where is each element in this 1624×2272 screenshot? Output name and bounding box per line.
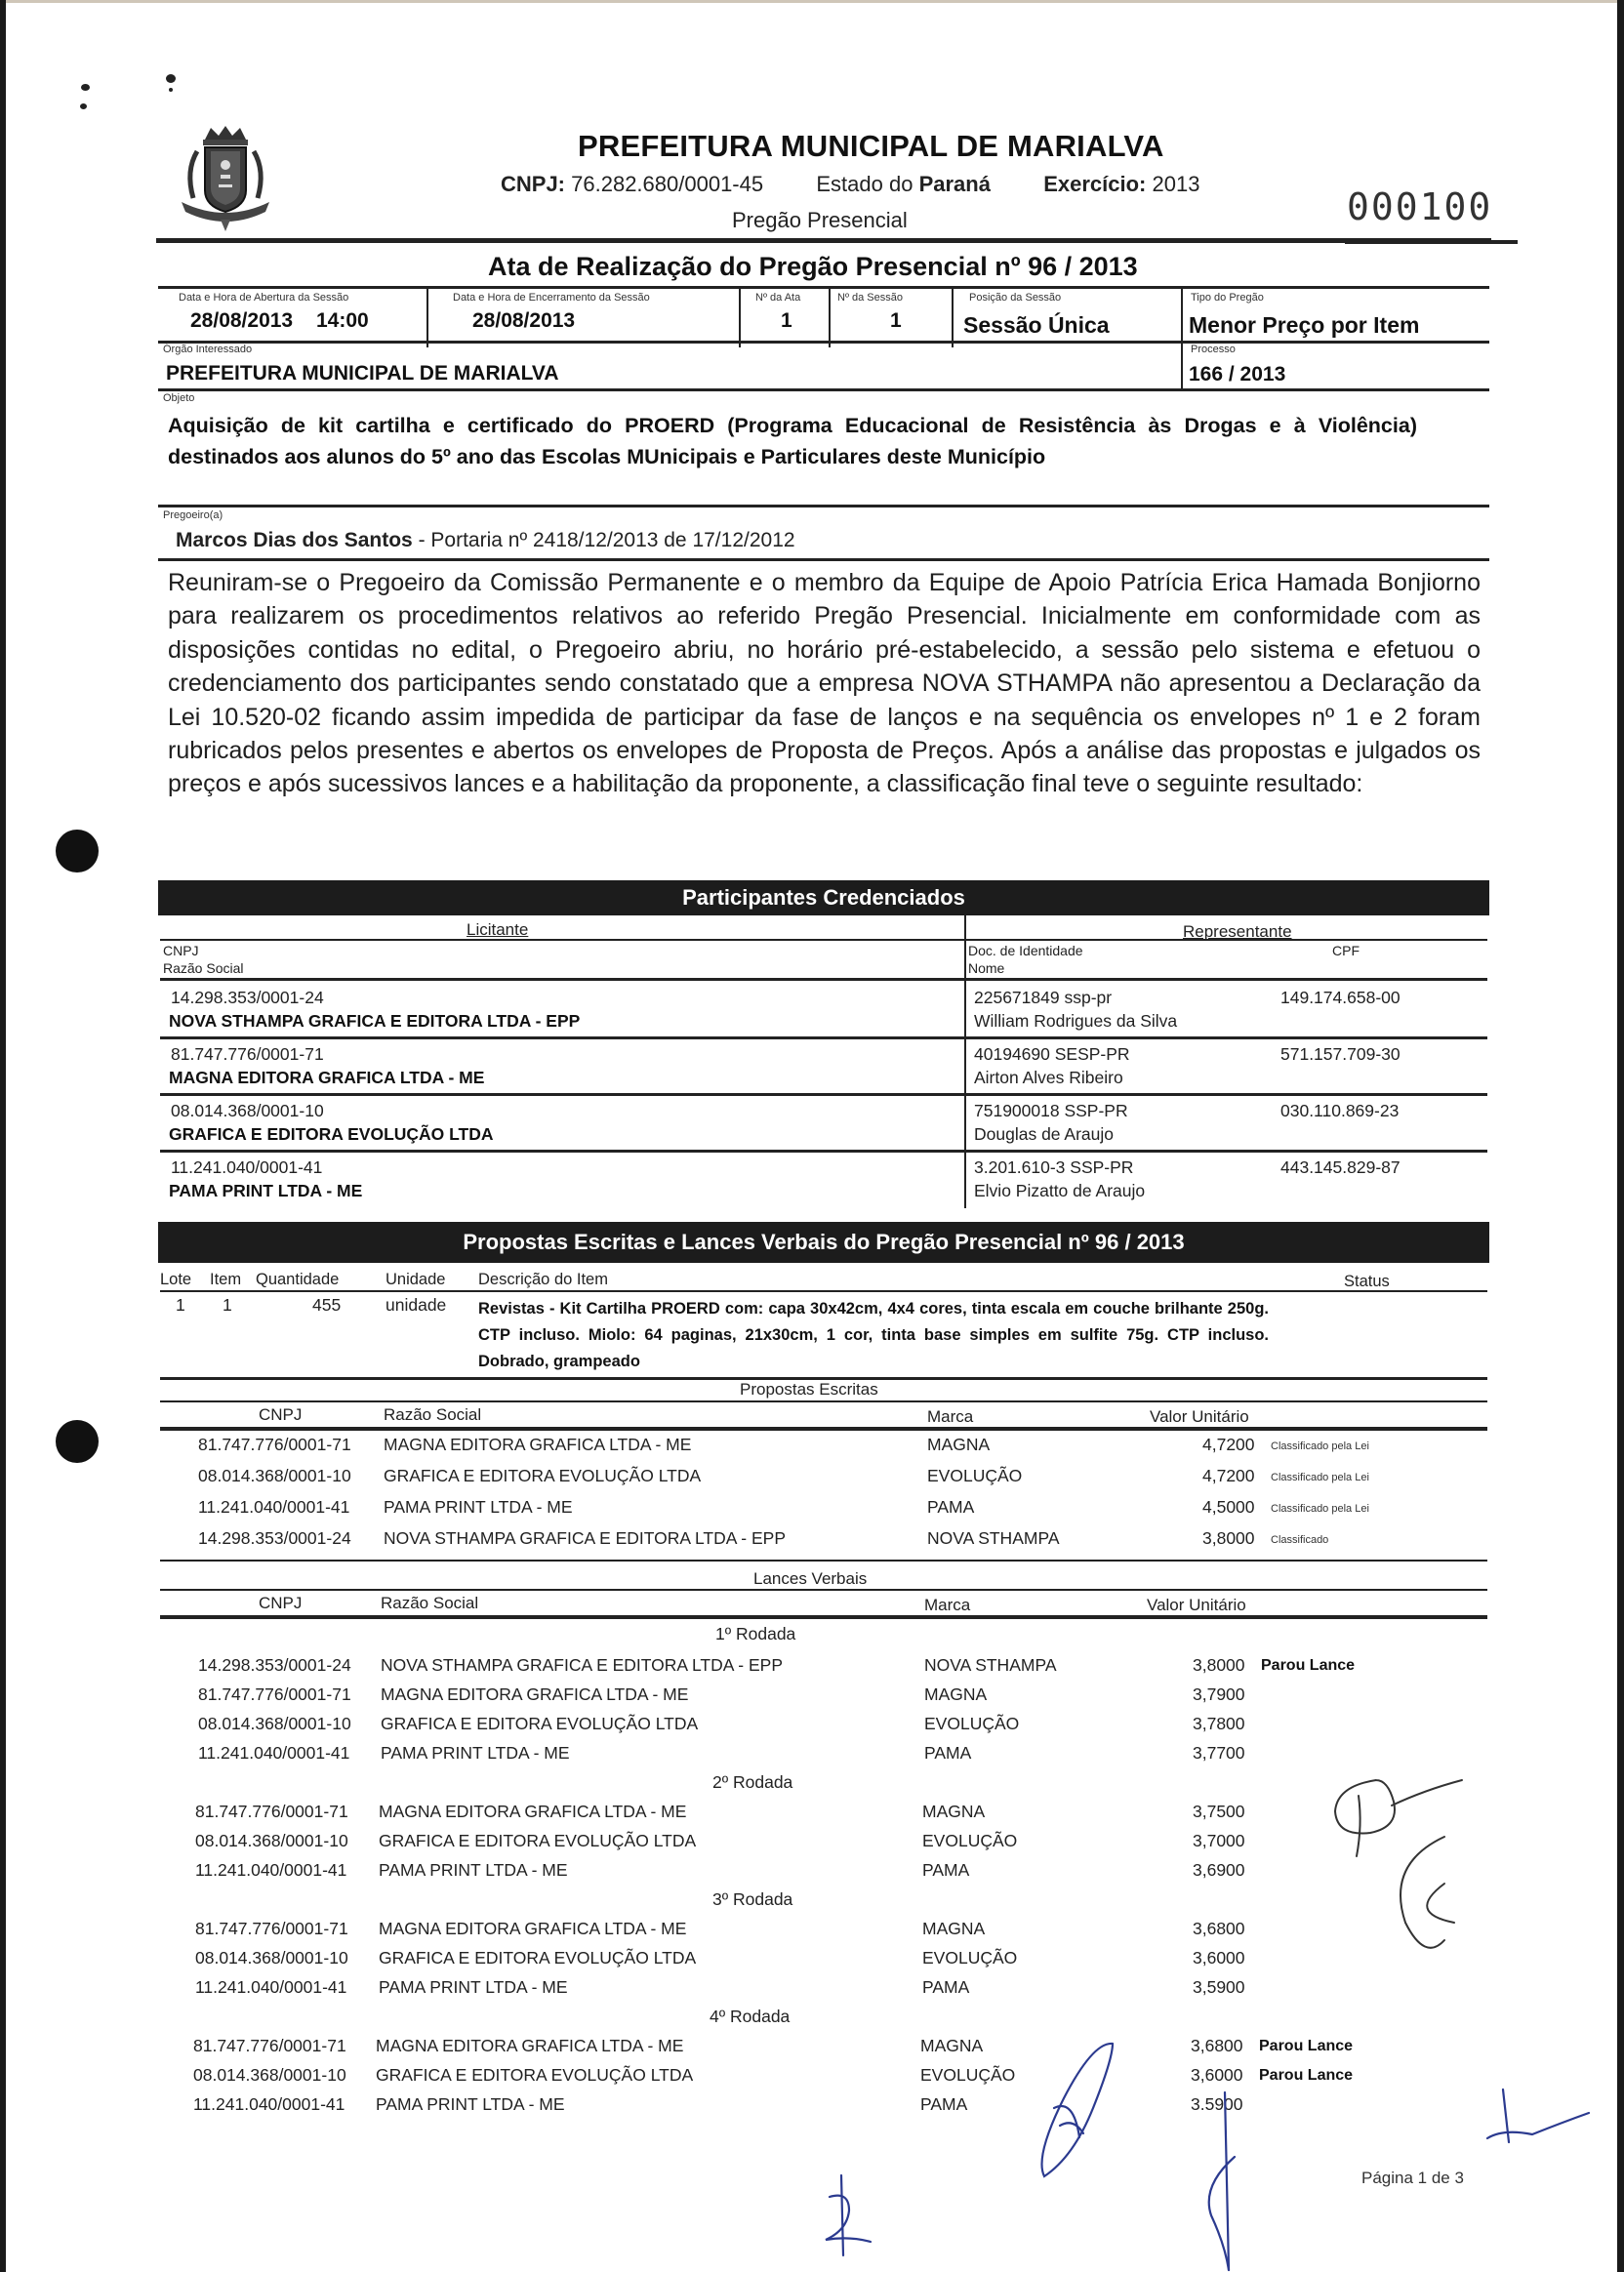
section-bar-propostas: Propostas Escritas e Lances Verbais do P…	[158, 1222, 1489, 1263]
rodada-label: 3º Rodada	[712, 1889, 792, 1910]
rodada-label: 1º Rodada	[715, 1624, 795, 1644]
lance-cnpj: 08.014.368/0001-10	[193, 2065, 346, 2086]
item-descricao: Revistas - Kit Cartilha PROERD com: capa…	[478, 1296, 1269, 1375]
lance-marca: EVOLUÇÃO	[924, 1714, 1019, 1734]
participant-cpf: 571.157.709-30	[1280, 1044, 1401, 1065]
lance-valor: 3,7700	[1193, 1743, 1245, 1764]
lance-cnpj: 08.014.368/0001-10	[195, 1831, 348, 1851]
col-unidade: Unidade	[386, 1271, 445, 1289]
lance-valor: 3,7000	[1193, 1831, 1245, 1851]
table-rule	[160, 1150, 1487, 1153]
item-unidade: unidade	[386, 1295, 446, 1316]
col-lote: Lote	[160, 1271, 191, 1289]
page-stamp-number: 000100	[1347, 185, 1492, 228]
header-divider	[156, 238, 1491, 243]
lance-valor: 3,7900	[1193, 1684, 1245, 1705]
objeto-text: Aquisição de kit cartilha e certificado …	[168, 410, 1417, 472]
scan-speck	[169, 88, 173, 92]
field-divider	[952, 287, 954, 347]
lance-razao: MAGNA EDITORA GRAFICA LTDA - ME	[376, 2036, 683, 2056]
tipo-label: Tipo do Pregão	[1191, 292, 1264, 304]
col-descricao: Descrição do Item	[478, 1271, 608, 1289]
table-rule	[160, 978, 1487, 981]
lance-marca: EVOLUÇÃO	[922, 1831, 1017, 1851]
table-rule	[160, 1589, 1487, 1591]
handwritten-signature-icon	[1196, 2089, 1264, 2272]
participant-doc: 3.201.610-3 SSP-PR	[974, 1157, 1133, 1178]
col-nome: Nome	[968, 960, 1004, 976]
field-rule	[158, 558, 1489, 561]
proposta-marca: NOVA STHAMPA	[927, 1528, 1060, 1549]
handwritten-signature-icon	[1015, 2040, 1122, 2186]
processo: 166 / 2013	[1189, 363, 1285, 386]
punch-hole-bottom	[56, 1420, 99, 1463]
proposta-status: Classificado pela Lei	[1271, 1440, 1369, 1452]
field-divider	[739, 287, 741, 347]
handwritten-initial-icon	[820, 2171, 878, 2259]
scan-speck	[80, 103, 87, 109]
lance-razao: PAMA PRINT LTDA - ME	[379, 1977, 568, 1998]
lance-razao: NOVA STHAMPA GRAFICA E EDITORA LTDA - EP…	[381, 1655, 783, 1676]
lance-cnpj: 08.014.368/0001-10	[195, 1948, 348, 1968]
proposta-razao: PAMA PRINT LTDA - ME	[384, 1497, 573, 1518]
modalidade: Pregão Presencial	[732, 208, 908, 233]
table-rule	[160, 1400, 1487, 1402]
participant-razao: MAGNA EDITORA GRAFICA LTDA - ME	[169, 1068, 484, 1088]
pregoeiro-label: Pregoeiro(a)	[163, 509, 223, 521]
proposta-valor: 4,7200	[1202, 1466, 1255, 1486]
field-divider	[1181, 287, 1183, 389]
punch-hole-top	[56, 830, 99, 872]
col-marca: Marca	[924, 1596, 970, 1615]
col-razao: Razão Social	[163, 960, 244, 976]
col-doc: Doc. de Identidade	[968, 943, 1083, 958]
col-valor: Valor Unitário	[1147, 1596, 1246, 1615]
lance-marca: NOVA STHAMPA	[924, 1655, 1057, 1676]
proposta-cnpj: 08.014.368/0001-10	[198, 1466, 351, 1486]
field-rule	[158, 286, 1489, 289]
lance-marca: PAMA	[924, 1743, 971, 1764]
col-item: Item	[210, 1271, 241, 1289]
participant-doc: 225671849 ssp-pr	[974, 988, 1112, 1008]
cnpj-label: CNPJ:	[501, 172, 565, 196]
proposta-razao: MAGNA EDITORA GRAFICA LTDA - ME	[384, 1435, 691, 1455]
lance-razao: MAGNA EDITORA GRAFICA LTDA - ME	[379, 1802, 686, 1822]
num-ata-label: Nº da Ata	[755, 292, 800, 304]
proposta-cnpj: 11.241.040/0001-41	[198, 1497, 349, 1518]
lance-cnpj: 14.298.353/0001-24	[198, 1655, 351, 1676]
table-rule	[160, 1427, 1487, 1431]
lance-cnpj: 81.747.776/0001-71	[193, 2036, 346, 2056]
lance-cnpj: 81.747.776/0001-71	[198, 1684, 351, 1705]
table-rule	[160, 1290, 1487, 1292]
col-status: Status	[1344, 1273, 1390, 1291]
lance-razao: GRAFICA E EDITORA EVOLUÇÃO LTDA	[379, 1831, 696, 1851]
abertura-time: 14:00	[316, 309, 369, 333]
col-quantidade: Quantidade	[256, 1271, 339, 1289]
lances-verbais-label: Lances Verbais	[753, 1569, 867, 1589]
abertura-label: Data e Hora de Abertura da Sessão	[179, 292, 348, 304]
table-rule	[160, 1615, 1487, 1619]
encerramento-label: Data e Hora de Encerramento da Sessão	[453, 292, 650, 304]
lance-marca: EVOLUÇÃO	[922, 1948, 1017, 1968]
estado-value: Paraná	[919, 172, 991, 196]
participant-nome: Elvio Pizatto de Araujo	[974, 1181, 1145, 1201]
lance-razao: PAMA PRINT LTDA - ME	[379, 1860, 568, 1881]
participant-doc: 40194690 SESP-PR	[974, 1044, 1130, 1065]
participant-cpf: 149.174.658-00	[1280, 988, 1401, 1008]
ata-body-paragraph: Reuniram-se o Pregoeiro da Comissão Perm…	[168, 566, 1481, 801]
col-marca: Marca	[927, 1407, 973, 1427]
num-sessao-label: Nº da Sessão	[837, 292, 903, 304]
lance-status: Parou Lance	[1259, 2067, 1353, 2085]
proposta-status: Classificado	[1271, 1534, 1328, 1546]
lance-valor: 3,6000	[1193, 1948, 1245, 1968]
scan-edge-top	[0, 0, 1624, 3]
lance-valor: 3,6900	[1193, 1860, 1245, 1881]
lance-marca: PAMA	[920, 2094, 967, 2115]
proposta-valor: 4,5000	[1202, 1497, 1255, 1518]
lance-valor: 3,6000	[1191, 2065, 1243, 2086]
col-cnpj: CNPJ	[163, 943, 199, 958]
orgao-label: Órgão Interessado	[163, 344, 252, 355]
propostas-escritas-label: Propostas Escritas	[740, 1380, 878, 1400]
lance-cnpj: 81.747.776/0001-71	[195, 1919, 348, 1939]
lance-marca: PAMA	[922, 1977, 969, 1998]
lance-marca: MAGNA	[924, 1684, 987, 1705]
lance-razao: PAMA PRINT LTDA - ME	[381, 1743, 570, 1764]
col-valor: Valor Unitário	[1150, 1407, 1249, 1427]
col-cpf: CPF	[1332, 943, 1360, 958]
participant-nome: Douglas de Araujo	[974, 1124, 1114, 1145]
section-bar-participantes: Participantes Credenciados	[158, 880, 1489, 915]
participant-cnpj: 11.241.040/0001-41	[171, 1157, 322, 1178]
pregoeiro-portaria: - Portaria nº 2418/12/2013 de 17/12/2012	[413, 529, 795, 551]
proposta-status: Classificado pela Lei	[1271, 1472, 1369, 1483]
cnpj-value: 76.282.680/0001-45	[571, 172, 763, 196]
scan-speck	[81, 84, 90, 91]
participant-razao: PAMA PRINT LTDA - ME	[169, 1181, 362, 1201]
exercicio-value: 2013	[1153, 172, 1200, 196]
lance-cnpj: 11.241.040/0001-41	[198, 1743, 349, 1764]
table-rule	[160, 939, 1487, 941]
lance-valor: 3,8000	[1193, 1655, 1245, 1676]
tipo-pregao: Menor Preço por Item	[1189, 312, 1419, 339]
participant-nome: Airton Alves Ribeiro	[974, 1068, 1123, 1088]
ata-title: Ata de Realização do Pregão Presencial n…	[488, 252, 1138, 282]
proposta-razao: GRAFICA E EDITORA EVOLUÇÃO LTDA	[384, 1466, 701, 1486]
col-razao: Razão Social	[381, 1594, 478, 1613]
field-rule	[158, 505, 1489, 507]
exercicio-label: Exercício:	[1043, 172, 1146, 196]
participant-cnpj: 14.298.353/0001-24	[171, 988, 324, 1008]
posicao: Sessão Única	[963, 312, 1110, 339]
lance-razao: GRAFICA E EDITORA EVOLUÇÃO LTDA	[379, 1948, 696, 1968]
lance-marca: MAGNA	[920, 2036, 983, 2056]
col-cnpj: CNPJ	[259, 1405, 302, 1425]
header-title: PREFEITURA MUNICIPAL DE MARIALVA	[578, 129, 1164, 164]
lance-razao: PAMA PRINT LTDA - ME	[376, 2094, 565, 2115]
lance-status: Parou Lance	[1259, 2038, 1353, 2055]
column-divider	[964, 915, 966, 1208]
proposta-marca: PAMA	[927, 1497, 974, 1518]
lance-cnpj: 81.747.776/0001-71	[195, 1802, 348, 1822]
participant-razao: NOVA STHAMPA GRAFICA E EDITORA LTDA - EP…	[169, 1011, 580, 1032]
licitante-header: Licitante	[467, 920, 528, 940]
lance-valor: 3,6800	[1193, 1919, 1245, 1939]
lance-cnpj: 08.014.368/0001-10	[198, 1714, 351, 1734]
proposta-valor: 4,7200	[1202, 1435, 1255, 1455]
scan-speck	[166, 74, 176, 83]
lance-marca: MAGNA	[922, 1802, 985, 1822]
proposta-cnpj: 81.747.776/0001-71	[198, 1435, 351, 1455]
lance-status: Parou Lance	[1261, 1657, 1355, 1675]
posicao-label: Posição da Sessão	[969, 292, 1061, 304]
field-rule	[158, 388, 1489, 391]
proposta-marca: EVOLUÇÃO	[927, 1466, 1022, 1486]
lance-cnpj: 11.241.040/0001-41	[193, 2094, 345, 2115]
lance-marca: MAGNA	[922, 1919, 985, 1939]
field-divider	[426, 287, 428, 347]
field-rule	[158, 341, 1489, 344]
encerramento-date: 28/08/2013	[472, 309, 575, 333]
participant-cpf: 030.110.869-23	[1280, 1101, 1399, 1121]
handwritten-initial-icon	[1474, 2084, 1591, 2171]
participant-cnpj: 08.014.368/0001-10	[171, 1101, 324, 1121]
participant-cnpj: 81.747.776/0001-71	[171, 1044, 324, 1065]
proposta-razao: NOVA STHAMPA GRAFICA E EDITORA LTDA - EP…	[384, 1528, 786, 1549]
item-lote: 1	[176, 1295, 185, 1316]
pregoeiro-line: Marcos Dias dos Santos - Portaria nº 241…	[176, 529, 795, 552]
table-rule	[160, 1560, 1487, 1562]
participant-razao: GRAFICA E EDITORA EVOLUÇÃO LTDA	[169, 1124, 494, 1145]
lance-valor: 3,7800	[1193, 1714, 1245, 1734]
table-rule	[160, 1036, 1487, 1039]
proposta-status: Classificado pela Lei	[1271, 1503, 1369, 1515]
abertura-date: 28/08/2013	[190, 309, 293, 333]
field-divider	[829, 287, 831, 347]
rodada-label: 2º Rodada	[712, 1772, 792, 1793]
item-number: 1	[223, 1295, 232, 1316]
lance-valor: 3,5900	[1193, 1977, 1245, 1998]
col-cnpj: CNPJ	[259, 1594, 302, 1613]
estado-label: Estado do	[816, 172, 913, 196]
lance-valor: 3,7500	[1193, 1802, 1245, 1822]
header-subline: CNPJ: 76.282.680/0001-45 Estado do Paran…	[501, 172, 1199, 197]
lance-marca: PAMA	[922, 1860, 969, 1881]
item-quantidade: 455	[312, 1295, 341, 1316]
pregoeiro-name: Marcos Dias dos Santos	[176, 529, 413, 551]
num-sessao: 1	[890, 309, 902, 333]
lance-cnpj: 11.241.040/0001-41	[195, 1977, 346, 1998]
lance-razao: MAGNA EDITORA GRAFICA LTDA - ME	[381, 1684, 688, 1705]
col-razao: Razão Social	[384, 1405, 481, 1425]
coat-of-arms-icon	[168, 122, 283, 237]
table-rule	[160, 1093, 1487, 1096]
lance-cnpj: 11.241.040/0001-41	[195, 1860, 346, 1881]
participant-doc: 751900018 SSP-PR	[974, 1101, 1128, 1121]
handwritten-initials-icon	[1298, 1776, 1474, 1971]
lance-valor: 3,6800	[1191, 2036, 1243, 2056]
num-ata: 1	[781, 309, 792, 333]
scan-edge-right	[1617, 0, 1624, 2272]
page-number: Página 1 de 3	[1361, 2169, 1464, 2188]
orgao: PREFEITURA MUNICIPAL DE MARIALVA	[166, 362, 559, 385]
proposta-marca: MAGNA	[927, 1435, 990, 1455]
processo-label: Processo	[1191, 344, 1236, 355]
scan-edge-left	[0, 0, 6, 2272]
proposta-valor: 3,8000	[1202, 1528, 1255, 1549]
participant-cpf: 443.145.829-87	[1280, 1157, 1401, 1178]
participant-nome: William Rodrigues da Silva	[974, 1011, 1177, 1032]
lance-razao: GRAFICA E EDITORA EVOLUÇÃO LTDA	[381, 1714, 698, 1734]
rodada-label: 4º Rodada	[710, 2007, 790, 2027]
lance-razao: MAGNA EDITORA GRAFICA LTDA - ME	[379, 1919, 686, 1939]
lance-marca: EVOLUÇÃO	[920, 2065, 1015, 2086]
proposta-cnpj: 14.298.353/0001-24	[198, 1528, 351, 1549]
lance-razao: GRAFICA E EDITORA EVOLUÇÃO LTDA	[376, 2065, 693, 2086]
objeto-label: Objeto	[163, 392, 194, 404]
